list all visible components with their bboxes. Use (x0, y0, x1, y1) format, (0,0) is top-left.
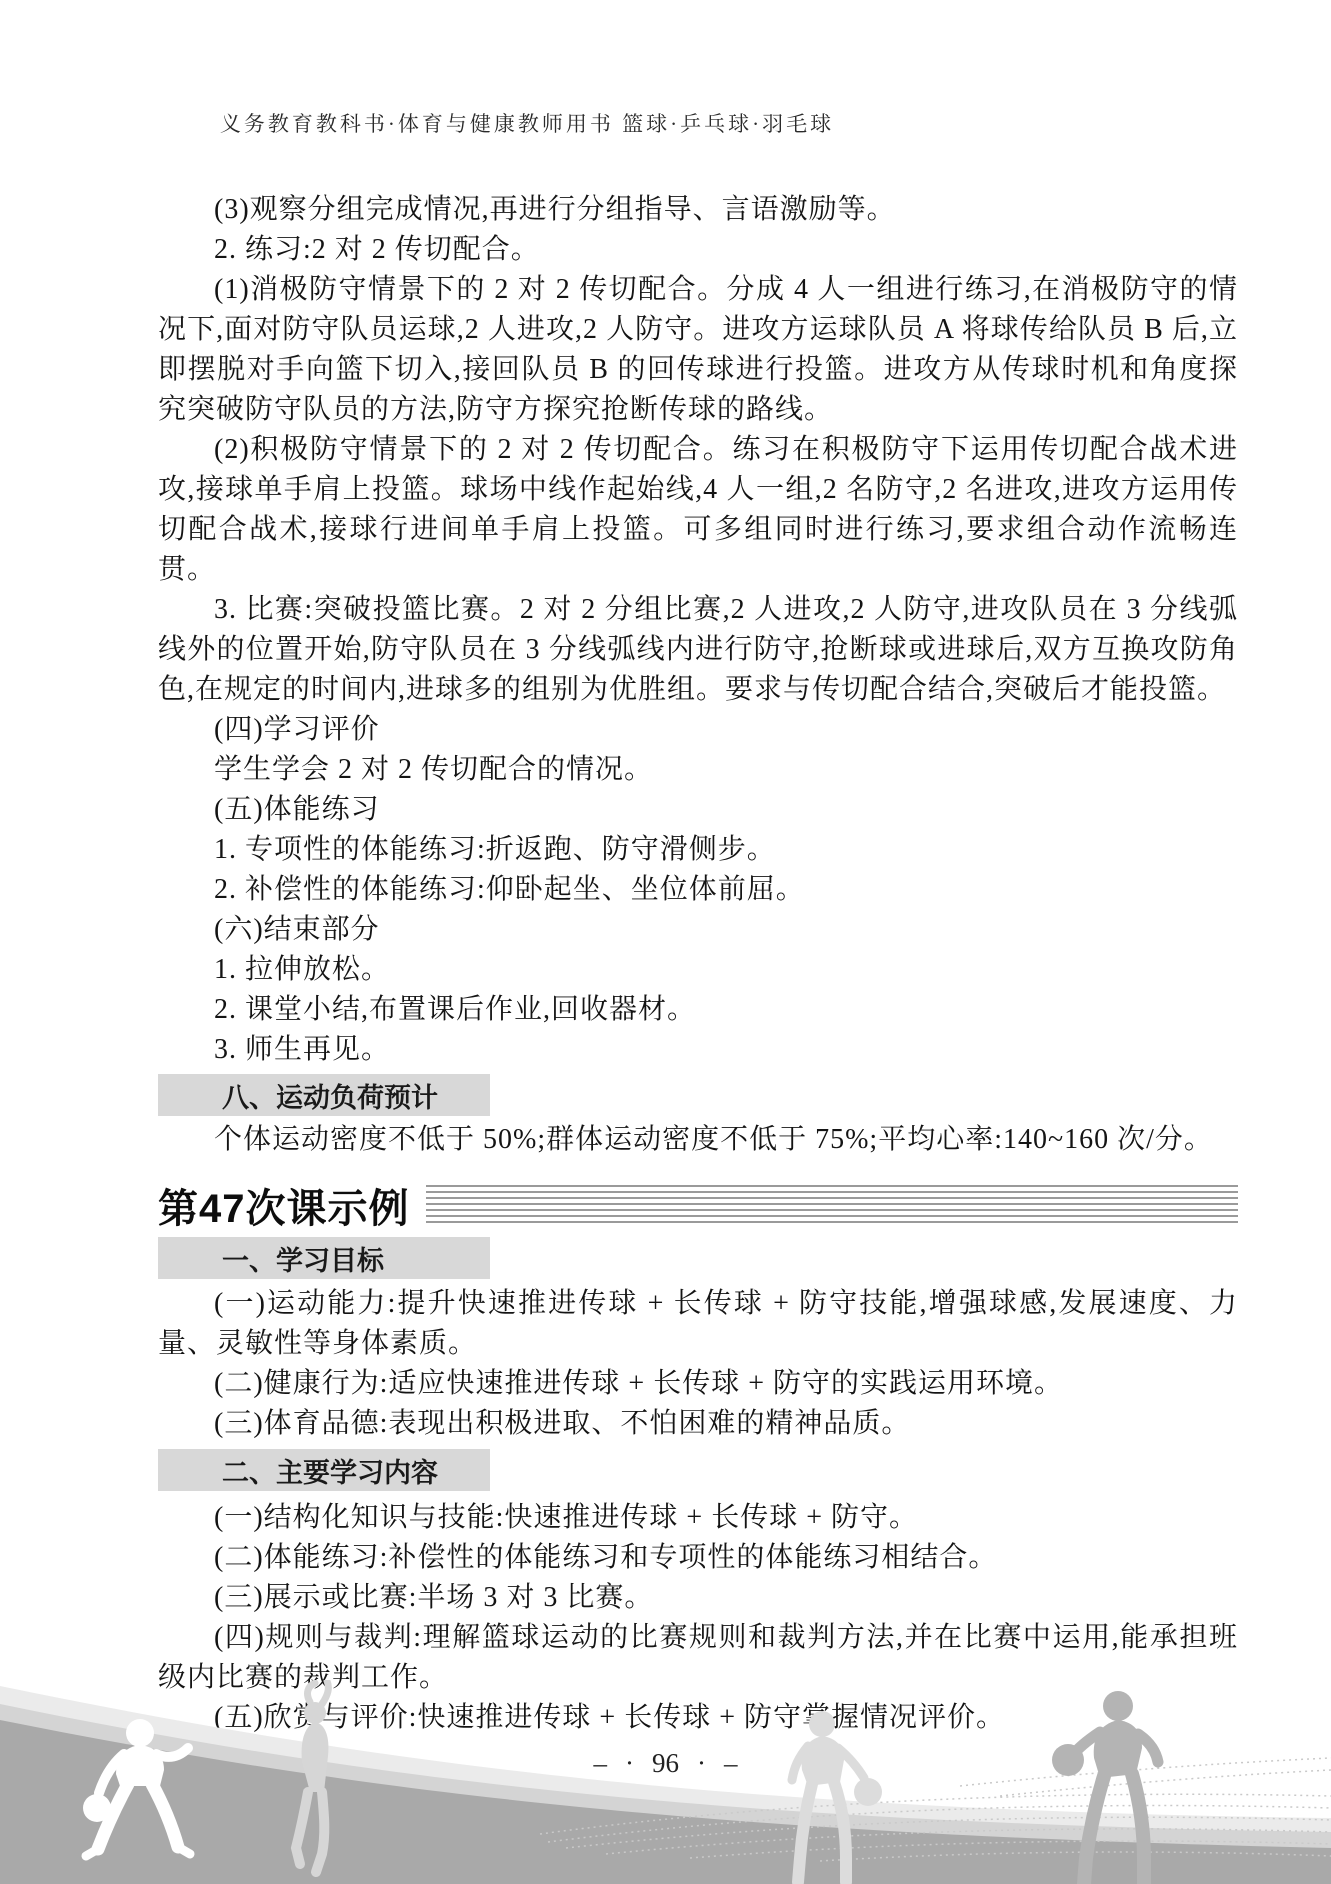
lesson-title: 第47次课示例 (158, 1177, 410, 1234)
lesson-title-row: 第47次课示例 (158, 1181, 1238, 1229)
player-head (126, 1719, 154, 1747)
player-foot (178, 1847, 190, 1854)
player-head (1103, 1691, 1133, 1721)
section-heading-label: 二、主要学习内容 (222, 1451, 438, 1490)
body-paragraph: (3)观察分组完成情况,再进行分组指导、言语激励等。 (158, 190, 1238, 230)
basketball (854, 1778, 882, 1806)
section-heading-main-content: 二、主要学习内容 (158, 1449, 490, 1491)
body-paragraph: (2)积极防守情景下的 2 对 2 传切配合。练习在积极防守下运用传切配合战术进… (158, 430, 1238, 590)
body-paragraph: 学生学会 2 对 2 传切配合的情况。 (158, 750, 1238, 790)
heading-rule-lines (426, 1185, 1239, 1225)
body-paragraph: 个体运动密度不低于 50%;群体运动密度不低于 75%;平均心率:140~160… (158, 1120, 1238, 1160)
player-arm (322, 1681, 328, 1704)
body-paragraph: (一)运动能力:提升快速推进传球 + 长传球 + 防守技能,增强球感,发展速度、… (158, 1284, 1238, 1364)
content-column: (3)观察分组完成情况,再进行分组指导、言语激励等。 2. 练习:2 对 2 传… (158, 190, 1238, 1738)
header-title: 义务教育教科书·体育与健康教师用书 篮球·乒乓球·羽毛球 (220, 112, 834, 136)
page-number-dot-right: · (697, 1748, 706, 1778)
player-arm (308, 1683, 315, 1702)
page-header: 义务教育教科书·体育与健康教师用书 篮球·乒乓球·羽毛球 (122, 108, 932, 138)
section-heading-sports-load: 八、运动负荷预计 (158, 1074, 490, 1116)
page-number: 96 (652, 1748, 679, 1778)
page: 义务教育教科书·体育与健康教师用书 篮球·乒乓球·羽毛球 (3)观察分组完成情况… (0, 0, 1331, 1884)
body-paragraph: (1)消极防守情景下的 2 对 2 传切配合。分成 4 人一组进行练习,在消极防… (158, 270, 1238, 430)
player-foot (86, 1849, 98, 1856)
page-number-dash-right: – (724, 1748, 738, 1778)
body-paragraph: (六)结束部分 (158, 910, 1238, 950)
body-paragraph: (三)体育品德:表现出积极进取、不怕困难的精神品质。 (158, 1404, 1238, 1444)
body-paragraph: (三)展示或比赛:半场 3 对 3 比赛。 (158, 1578, 1238, 1618)
body-paragraph: 3. 比赛:突破投篮比赛。2 对 2 分组比赛,2 人进攻,2 人防守,进攻队员… (158, 590, 1238, 710)
body-paragraph: 1. 专项性的体能练习:折返跑、防守滑侧步。 (158, 830, 1238, 870)
body-paragraph: (五)体能练习 (158, 790, 1238, 830)
body-paragraph: 2. 课堂小结,布置课后作业,回收器材。 (158, 990, 1238, 1030)
body-paragraph: 1. 拉伸放松。 (158, 950, 1238, 990)
body-paragraph: (一)结构化知识与技能:快速推进传球 + 长传球 + 防守。 (158, 1498, 1238, 1538)
page-number-dash-left: – (594, 1748, 608, 1778)
section-heading-label: 八、运动负荷预计 (222, 1076, 438, 1115)
body-paragraph: (四)学习评价 (158, 710, 1238, 750)
body-paragraph: (二)体能练习:补偿性的体能练习和专项性的体能练习相结合。 (158, 1538, 1238, 1578)
player-head (809, 1711, 835, 1737)
body-paragraph: (二)健康行为:适应快速推进传球 + 长传球 + 防守的实践运用环境。 (158, 1364, 1238, 1404)
section-heading-goals: 一、学习目标 (158, 1237, 490, 1279)
page-number-dot-left: · (625, 1748, 634, 1778)
body-paragraph: 3. 师生再见。 (158, 1030, 1238, 1070)
body-paragraph: 2. 补偿性的体能练习:仰卧起坐、坐位体前屈。 (158, 870, 1238, 910)
section-heading-label: 一、学习目标 (222, 1239, 384, 1278)
footer-decoration (0, 1680, 1331, 1884)
page-number-row: –·96·– (0, 1748, 1331, 1779)
body-paragraph: 2. 练习:2 对 2 传切配合。 (158, 230, 1238, 270)
